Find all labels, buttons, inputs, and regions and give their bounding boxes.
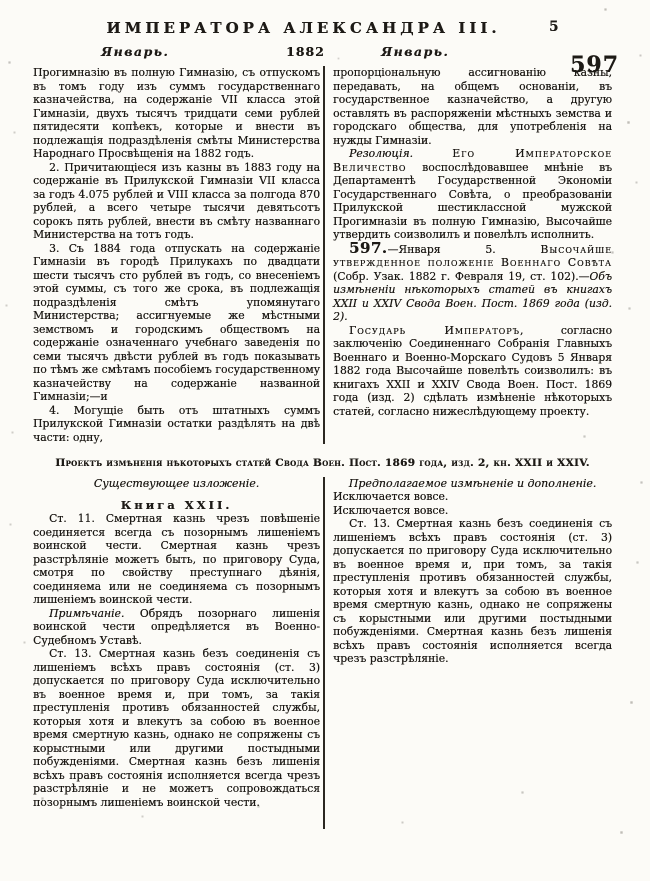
- article-13-existing: Ст. 13. Смертная казнь безъ соединенія с…: [33, 647, 320, 809]
- paragraph: 4. Могущіе быть отъ штатныхъ суммъ Прилу…: [33, 404, 320, 445]
- page-number: 5: [549, 19, 558, 35]
- paragraph: Прогимназію въ полную Гимназію, съ отпус…: [33, 66, 320, 161]
- decree-body-text: , согласно заключенію Соединеннаго Собра…: [333, 324, 612, 418]
- resolution-label: Резолюція.: [349, 147, 413, 160]
- page-title: ИМПЕРАТОРА АЛЕКСАНДРА III.: [33, 19, 574, 37]
- month-label-left: Январь.: [101, 44, 169, 59]
- existing-wording-column: Существующее изложеніе. Книга XXII. Ст. …: [33, 477, 320, 829]
- decree-number: 597.: [349, 239, 388, 257]
- scanned-document-page: ИМПЕРАТОРА АЛЕКСАНДРА III. 5 Январь. 188…: [0, 0, 650, 881]
- book-xxii-heading: Книга XXII.: [33, 498, 320, 512]
- decree-continuation-section: Прогимназію въ полную Гимназію, съ отпус…: [33, 66, 612, 444]
- resolution-paragraph: Резолюція. Его Императорское Величество …: [333, 147, 612, 242]
- article-11-existing: Ст. 11. Смертная казнь чрезъ повѣшеніе с…: [33, 512, 320, 607]
- existing-wording-header: Существующее изложеніе.: [33, 477, 320, 490]
- top-left-column: Прогимназію въ полную Гимназію, съ отпус…: [33, 66, 320, 444]
- year-label: 1882: [286, 44, 325, 59]
- sovereign-title-smallcaps: Государь Императоръ: [349, 324, 520, 337]
- margin-item-number: 597: [570, 52, 619, 78]
- proposed-change-header: Предполагаемое измѣненіе и дополненіе.: [333, 477, 612, 490]
- excluded-entirely-note-1: Исключается вовсе.: [333, 490, 612, 504]
- excluded-entirely-note-2: Исключается вовсе.: [333, 504, 612, 518]
- decree-597-body: Государь Императоръ, согласно заключенію…: [333, 324, 612, 419]
- scan-noise-speckles: [0, 0, 1, 1]
- decree-date: —Января 5.: [388, 243, 496, 256]
- paragraph: 3. Съ 1884 года отпускать на содержаніе …: [33, 242, 320, 404]
- top-right-column: пропорціональную ассигнованію казны, пер…: [325, 66, 612, 444]
- project-table-caption: Проектъ измѣненія нѣкоторыхъ статей Свод…: [33, 457, 612, 469]
- month-label-right: Январь.: [381, 44, 449, 59]
- decree-597-heading: 597.—Января 5. Высочайше утвержденное по…: [333, 242, 612, 324]
- paragraph: 2. Причитающіеся изъ казны въ 1883 году …: [33, 161, 320, 242]
- comparison-table-section: Существующее изложеніе. Книга XXII. Ст. …: [33, 477, 612, 829]
- paragraph: пропорціональную ассигнованію казны, пер…: [333, 66, 612, 147]
- article-13-proposed: Ст. 13. Смертная казнь безъ соединенія с…: [333, 517, 612, 666]
- article-11-note: Примѣчаніе. Обрядъ позорнаго лишенія вои…: [33, 607, 320, 648]
- running-head: ИМПЕРАТОРА АЛЕКСАНДРА III.: [33, 19, 574, 37]
- proposed-change-column: Предполагаемое измѣненіе и дополненіе. И…: [325, 477, 612, 829]
- decree-source-citation: (Собр. Узак. 1882 г. Февраля 19, ст. 102…: [333, 270, 589, 283]
- note-label: Примѣчаніе.: [49, 607, 124, 620]
- dateline: Январь. 1882 Январь.: [33, 44, 612, 61]
